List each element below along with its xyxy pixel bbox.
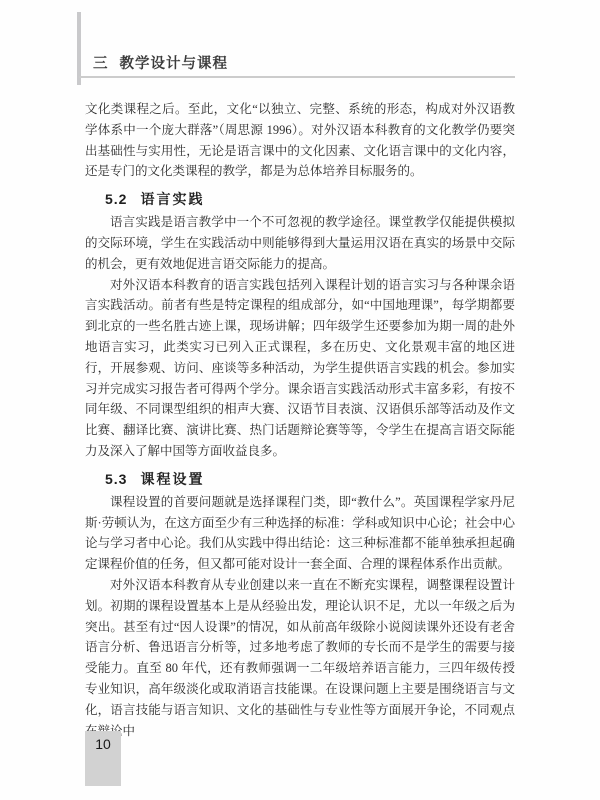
paragraph: 对外汉语本科教育的语言实践包括列入课程计划的语言实习与各种课余语言实践活动。前者… [85,275,515,462]
running-header-title: 教学设计与课程 [120,56,229,72]
chapter-marker: 三 [93,56,109,72]
section-heading-5-2: 5.2语言实践 [85,189,515,210]
section-heading-5-3: 5.3课程设置 [85,469,515,490]
section-number: 5.2 [105,191,127,207]
paragraph: 课程设置的首要问题就是选择课程门类，即“教什么”。英国课程学家丹尼斯·劳顿认为，… [85,492,515,575]
section-title: 语言实践 [140,191,204,207]
page-body: 文化类课程之后。至此，文化“以独立、完整、系统的形态，构成对外汉语教学体系中一个… [85,99,515,741]
header-rule [79,76,515,78]
page-number-badge: 10 [85,731,121,786]
section-number: 5.3 [105,471,127,487]
paragraph: 语言实践是语言教学中一个不可忽视的教学途径。课堂教学仅能提供模拟的交际环境，学生… [85,212,515,274]
chapter-edge-tab [77,12,81,85]
paragraph: 对外汉语本科教育从专业创建以来一直在不断充实课程，调整课程设置计划。初期的课程设… [85,575,515,741]
running-header: 三教学设计与课程 [93,52,228,73]
paragraph: 文化类课程之后。至此，文化“以独立、完整、系统的形态，构成对外汉语教学体系中一个… [85,99,515,182]
section-title: 课程设置 [140,471,204,487]
page-number: 10 [95,736,111,752]
